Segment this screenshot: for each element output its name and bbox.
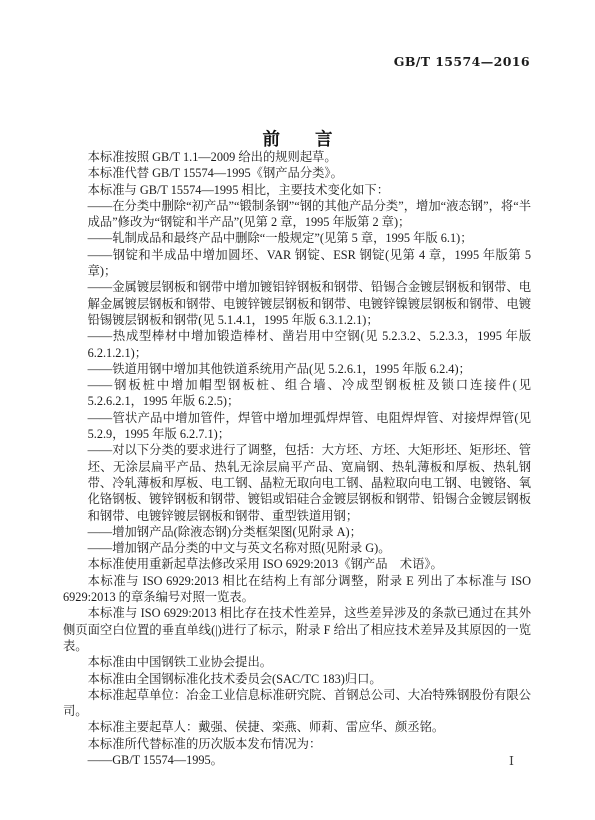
- foreword-paragraph: 本标准起草单位：冶金工业信息标准研究院、首钢总公司、大冶特殊钢股份有限公司。: [63, 687, 531, 720]
- foreword-list-item: ——钢板桩中增加帽型钢板桩、组合墙、冷成型钢板桩及锁口连接件(见 5.2.6.2…: [63, 377, 531, 410]
- foreword-paragraph: 本标准代替 GB/T 15574—1995《钢产品分类》。: [63, 165, 531, 181]
- foreword-paragraph: 本标准主要起草人：戴强、侯捷、栾燕、师莉、雷应华、颜丞铭。: [63, 719, 531, 735]
- foreword-list-item: ——GB/T 15574—1995。: [63, 752, 531, 768]
- document-page: GB/T 15574—2016 前 言 本标准按照 GB/T 1.1—2009 …: [0, 0, 595, 820]
- foreword-list-item: ——在分类中删除“初产品”“锻制条钢”“钢的其他产品分类”，增加“液态钢”，将“…: [63, 198, 531, 231]
- foreword-paragraph: 本标准与 ISO 6929:2013 相比在结构上有部分调整，附录 E 列出了本…: [63, 573, 531, 606]
- foreword-list-item: ——金属镀层钢板和钢带中增加镀铝锌钢板和钢带、铅锡合金镀层钢板和钢带、电解金属镀…: [63, 279, 531, 328]
- foreword-paragraph: 本标准使用重新起草法修改采用 ISO 6929:2013《钢产品 术语》。: [63, 556, 531, 572]
- page-number: I: [509, 753, 514, 768]
- foreword-list-item: ——增加钢产品分类的中文与英文名称对照(见附录 G)。: [63, 540, 531, 556]
- foreword-list-item: ——增加钢产品(除液态钢)分类框架图(见附录 A)；: [63, 524, 531, 540]
- foreword-body: 本标准按照 GB/T 1.1—2009 给出的规则起草。 本标准代替 GB/T …: [63, 149, 531, 768]
- foreword-list-item: ——管状产品中增加管件，焊管中增加埋弧焊焊管、电阻焊焊管、对接焊焊管(见 5.2…: [63, 410, 531, 443]
- foreword-list-item: ——热成型棒材中增加锻造棒材、凿岩用中空钢(见 5.2.3.2、5.2.3.3，…: [63, 328, 531, 361]
- foreword-list-item: ——对以下分类的要求进行了调整，包括：大方坯、方坯、大矩形坯、矩形坯、管坯、无涂…: [63, 442, 531, 523]
- foreword-list-item: ——轧制成品和最终产品中删除“一般规定”(见第 5 章，1995 年版 6.1)…: [63, 230, 531, 246]
- foreword-paragraph: 本标准所代替标准的历次版本发布情况为：: [63, 736, 531, 752]
- foreword-list-item: ——钢锭和半成品中增加圆坯、VAR 钢锭、ESR 钢锭(见第 4 章，1995 …: [63, 247, 531, 280]
- foreword-paragraph: 本标准与 GB/T 15574—1995 相比，主要技术变化如下：: [63, 182, 531, 198]
- foreword-list-item: ——铁道用钢中增加其他铁道系统用产品(见 5.2.6.1，1995 年版 6.2…: [63, 361, 531, 377]
- foreword-paragraph: 本标准由中国钢铁工业协会提出。: [63, 654, 531, 670]
- foreword-paragraph: 本标准由全国钢标准化技术委员会(SAC/TC 183)归口。: [63, 671, 531, 687]
- foreword-paragraph: 本标准按照 GB/T 1.1—2009 给出的规则起草。: [63, 149, 531, 165]
- standard-code: GB/T 15574—2016: [394, 54, 530, 69]
- foreword-title: 前 言: [0, 126, 595, 151]
- foreword-paragraph: 本标准与 ISO 6929:2013 相比存在技术性差异，这些差异涉及的条款已通…: [63, 605, 531, 654]
